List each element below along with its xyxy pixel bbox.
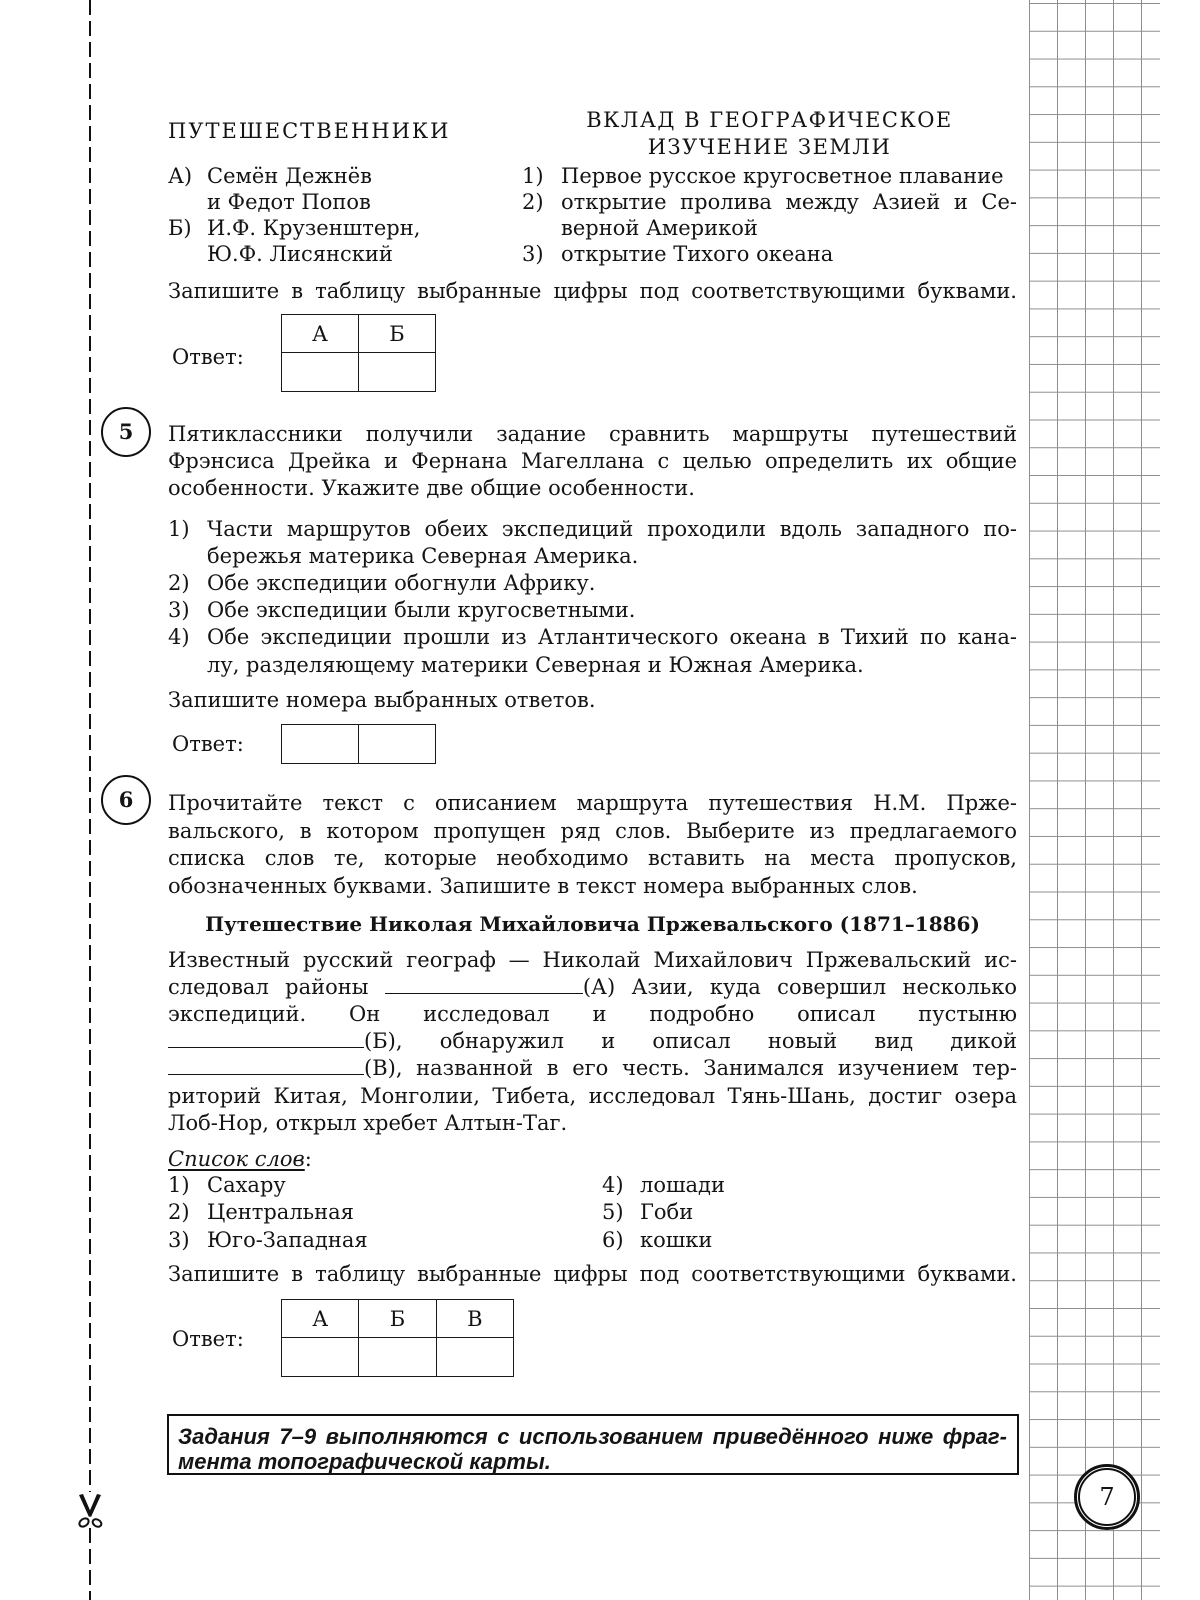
traveler-label: Б)	[168, 215, 192, 242]
blank-b-input[interactable]	[168, 1029, 364, 1048]
answer-column-header: А	[282, 315, 359, 353]
task4-instruction: Запишите в таблицу выбранные цифры под с…	[168, 278, 1017, 305]
contribution-text: Первое русское кругосветное плавание	[561, 163, 1004, 190]
task6-prompt-line: Прочитайте текст с описанием маршрута пу…	[168, 790, 1017, 817]
contribution-text: открытие пролива между Азией и Се-	[561, 189, 1017, 216]
traveler-label: А)	[168, 163, 192, 190]
draft-grid	[1029, 0, 1160, 1600]
tasks-7-9-notice: Задания 7–9 выполняются с использованием…	[167, 1414, 1019, 1475]
word-label: 2)	[168, 1199, 190, 1226]
answer-cell-a[interactable]	[282, 353, 359, 392]
task5-answer-table	[281, 724, 436, 764]
contribution-text: открытие Тихого океана	[561, 241, 833, 268]
answer-cell-b[interactable]	[359, 353, 436, 392]
traveler-text: И.Ф. Крузенштерн,	[207, 215, 420, 242]
traveler-text: Семён Дежнёв	[207, 163, 372, 190]
option-label: 2)	[168, 570, 190, 597]
task5-instruction: Запишите номера выбранных ответов.	[168, 687, 1017, 714]
notice-line: Задания 7–9 выполняются с использованием…	[178, 1423, 1007, 1450]
answer-label: Ответ:	[172, 1326, 244, 1353]
passage-line: (Б), обнаружил и описал новый вид дикой	[168, 1028, 1017, 1055]
answer-cell-2[interactable]	[359, 725, 436, 764]
word-text: Центральная	[207, 1199, 354, 1226]
task5-prompt-line: особенности. Укажите две общие особеннос…	[168, 475, 1017, 502]
passage-line: Лоб-Нор, открыл хребет Алтын-Таг.	[168, 1110, 1017, 1137]
option-text: Обе экспедиции прошли из Атлантического …	[207, 624, 1017, 651]
task6-prompt-line: обозначенных буквами. Запишите в текст н…	[168, 873, 1017, 900]
word-label: 3)	[168, 1227, 190, 1254]
answer-cell-1[interactable]	[282, 725, 359, 764]
word-text: кошки	[640, 1227, 712, 1254]
option-text: Обе экспедиции обогнули Африку.	[207, 570, 595, 597]
travelers-heading: ПУТЕШЕСТВЕННИКИ	[168, 118, 450, 145]
contribution-label: 2)	[522, 189, 544, 216]
answer-column-header: А	[282, 1300, 359, 1338]
word-label: 5)	[602, 1199, 624, 1226]
option-label: 3)	[168, 597, 190, 624]
contribution-heading-line: ВКЛАД В ГЕОГРАФИЧЕСКОЕ	[522, 107, 1017, 134]
answer-cell-v[interactable]	[436, 1338, 513, 1377]
option-label: 1)	[168, 516, 190, 543]
option-text: Части маршрутов обеих экспедиций проходи…	[207, 516, 1017, 543]
passage-text: (А) Азии, куда совершил несколько	[583, 975, 1017, 999]
page-number: 7	[1078, 1468, 1136, 1526]
task6-prompt-line: вальского, в котором пропущен ряд слов. …	[168, 818, 1017, 845]
option-text: лу, разделяющему материки Северная и Южн…	[207, 652, 864, 679]
option-text: Обе экспедиции были кругосветными.	[207, 597, 635, 624]
answer-cell-a[interactable]	[282, 1338, 359, 1377]
word-text: Сахару	[207, 1172, 286, 1199]
word-label: 4)	[602, 1172, 624, 1199]
passage-text: следовал районы	[168, 975, 368, 999]
blank-v-input[interactable]	[168, 1056, 364, 1075]
passage-line: экспедиций. Он исследовал и подробно опи…	[168, 1001, 1017, 1028]
word-text: Гоби	[640, 1199, 693, 1226]
option-label: 4)	[168, 624, 190, 651]
answer-label: Ответ:	[172, 731, 244, 758]
contribution-label: 3)	[522, 241, 544, 268]
word-list-heading: Список слов:	[168, 1146, 1017, 1173]
task6-instruction: Запишите в таблицу выбранные цифры под с…	[168, 1261, 1017, 1288]
cut-line	[89, 1528, 91, 1600]
task5-prompt-line: Пятиклассники получили задание сравнить …	[168, 421, 1017, 448]
word-text: лошади	[640, 1172, 725, 1199]
contribution-text: верной Америкой	[561, 215, 758, 242]
option-text: бережья материка Северная Америка.	[207, 543, 638, 570]
answer-label: Ответ:	[172, 344, 244, 371]
contribution-heading-line: ИЗУЧЕНИЕ ЗЕМЛИ	[522, 134, 1017, 161]
task6-answer-table: А Б В	[281, 1299, 514, 1377]
answer-column-header: Б	[359, 315, 436, 353]
passage-text: (В), названной в его честь. Занимался из…	[364, 1056, 1017, 1080]
task6-prompt-line: списка слов те, которые необходимо встав…	[168, 845, 1017, 872]
answer-column-header: Б	[359, 1300, 436, 1338]
passage-line: следовал районы (А) Азии, куда совершил …	[168, 974, 1017, 1001]
task5-prompt-line: Фрэнсиса Дрейка и Фернана Магеллана с це…	[168, 448, 1017, 475]
traveler-text: и Федот Попов	[207, 189, 371, 216]
passage-title: Путешествие Николая Михайловича Пржеваль…	[168, 911, 1017, 938]
passage-line: Известный русский географ — Николай Миха…	[168, 947, 1017, 974]
answer-cell-b[interactable]	[359, 1338, 436, 1377]
passage-line: (В), названной в его честь. Занимался из…	[168, 1055, 1017, 1082]
question-number-badge: 5	[101, 407, 151, 457]
passage-line: риторий Китая, Монголии, Тибета, исследо…	[168, 1083, 1017, 1110]
passage-text: (Б), обнаружил и описал новый вид дикой	[364, 1029, 1017, 1053]
question-number-badge: 6	[101, 775, 151, 825]
answer-column-header: В	[436, 1300, 513, 1338]
word-label: 6)	[602, 1227, 624, 1254]
contribution-label: 1)	[522, 163, 544, 190]
task4-answer-table: А Б	[281, 314, 436, 392]
blank-a-input[interactable]	[385, 975, 583, 994]
traveler-text: Ю.Ф. Лисянский	[207, 241, 393, 268]
word-label: 1)	[168, 1172, 190, 1199]
scissors-icon	[76, 1494, 104, 1530]
word-text: Юго-Западная	[207, 1227, 368, 1254]
page-number-badge: 7	[1074, 1464, 1140, 1530]
notice-line: мента топографической карты.	[178, 1448, 1007, 1475]
cut-line	[89, 0, 91, 1492]
